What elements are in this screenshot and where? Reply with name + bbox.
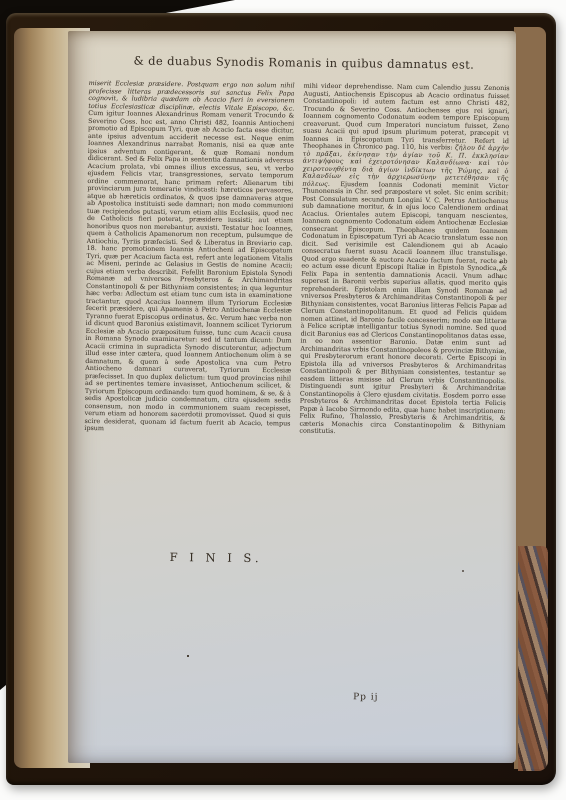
book-page: & de duabus Synodis Romanis in quibus da… <box>68 31 516 763</box>
left-column-italic-intro: miserit Ecclesiæ præsidere. Postquam erg… <box>88 80 294 112</box>
right-column-body-2: Ejusdem Ioannis Codonati meminit Victor … <box>299 180 508 435</box>
right-column-body-1: mihi videor deprehendisse. Nam cum Calen… <box>303 83 510 152</box>
marginal-quote-marks: « « « « « « <box>498 244 503 289</box>
left-column-body: Cum igitur Ioannes Alexandrinus Romam ve… <box>84 109 294 432</box>
text-column-right: mihi videor deprehendisse. Nam cum Calen… <box>298 83 510 537</box>
page-content: & de duabus Synodis Romanis in quibus da… <box>83 53 519 568</box>
running-title: & de duabus Synodis Romanis in quibus da… <box>89 53 519 72</box>
finis-label: F I N I S. <box>83 549 350 566</box>
book-cover: & de duabus Synodis Romanis in quibus da… <box>6 13 556 785</box>
signature-mark: Pp ij <box>353 692 378 702</box>
text-column-left: miserit Ecclesiæ præsidere. Postquam erg… <box>83 80 295 534</box>
marbled-endpaper-edge <box>518 546 548 771</box>
text-columns: miserit Ecclesiæ præsidere. Postquam erg… <box>83 80 518 537</box>
